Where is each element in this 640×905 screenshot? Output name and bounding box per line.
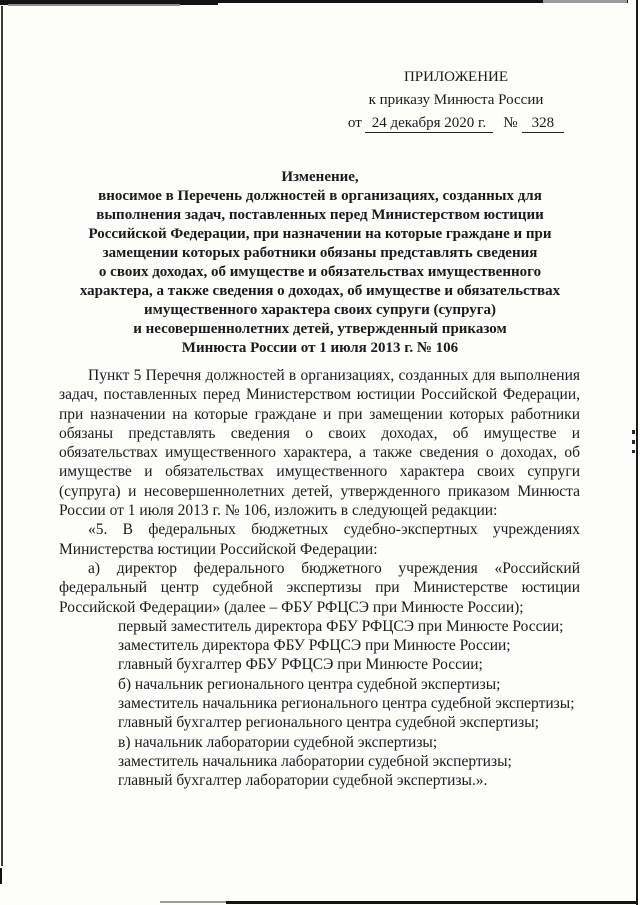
date-prefix: от bbox=[348, 115, 362, 131]
paragraph-item-a: а) директор федерального бюджетного учре… bbox=[59, 559, 580, 617]
position-line: б) начальник регионального центра судебн… bbox=[118, 675, 580, 694]
position-line: главный бухгалтер лаборатории судебной э… bbox=[118, 771, 580, 790]
scan-mark-right bbox=[632, 440, 635, 444]
document-title: Изменение, вносимое в Перечень должносте… bbox=[0, 168, 640, 358]
title-line: Минюста России от 1 июля 2013 г. № 106 bbox=[0, 339, 640, 358]
title-line: вносимое в Перечень должностей в организ… bbox=[0, 187, 640, 206]
scan-edge-top-gray bbox=[8, 4, 180, 6]
title-line: о своих доходах, об имуществе и обязател… bbox=[0, 263, 640, 282]
paragraph-item5: «5. В федеральных бюджетных судебно-эксп… bbox=[59, 520, 580, 559]
title-line: и несовершеннолетних детей, утвержденный… bbox=[0, 320, 640, 339]
position-line: в) начальник лаборатории судебной экспер… bbox=[118, 733, 580, 752]
scan-edge-top-fade bbox=[543, 0, 627, 3]
document-body: Пункт 5 Перечня должностей в организация… bbox=[59, 366, 580, 791]
paragraph-punkt5: Пункт 5 Перечня должностей в организация… bbox=[59, 366, 580, 520]
scan-edge-bottom-gray bbox=[160, 901, 226, 903]
order-date: 24 декабря 2020 г. bbox=[365, 115, 494, 133]
scan-mark-right bbox=[632, 450, 635, 453]
appendix-date-number-line: от24 декабря 2020 г.№328 bbox=[334, 112, 578, 135]
position-line: заместитель начальника лаборатории судеб… bbox=[118, 752, 580, 771]
scan-edge-left bbox=[1, 6, 3, 866]
title-line: характера, а также сведения о доходах, о… bbox=[0, 282, 640, 301]
title-line: выполнения задач, поставленных перед Мин… bbox=[0, 206, 640, 225]
scan-mark-right bbox=[632, 430, 635, 434]
order-number: 328 bbox=[522, 115, 565, 133]
document-page: ПРИЛОЖЕНИЕ к приказу Минюста России от24… bbox=[0, 0, 640, 905]
scan-edge-bottom bbox=[226, 901, 638, 904]
number-sign: № bbox=[503, 115, 517, 131]
title-line: имущественного характера своих супруги (… bbox=[0, 301, 640, 320]
position-line: главный бухгалтер ФБУ РФЦСЭ при Минюсте … bbox=[118, 655, 580, 674]
position-line: первый заместитель директора ФБУ РФЦСЭ п… bbox=[118, 617, 580, 636]
title-line: Изменение, bbox=[0, 168, 640, 187]
position-line: заместитель начальника регионального цен… bbox=[118, 694, 580, 713]
position-list: первый заместитель директора ФБУ РФЦСЭ п… bbox=[59, 617, 580, 791]
scan-mark-left-bottom bbox=[0, 868, 2, 884]
title-line: замещении которых работники обязаны пред… bbox=[0, 244, 640, 263]
position-line: главный бухгалтер регионального центра с… bbox=[118, 713, 580, 732]
scan-edge-right bbox=[636, 0, 638, 905]
appendix-label: ПРИЛОЖЕНИЕ bbox=[334, 66, 578, 89]
position-line: заместитель директора ФБУ РФЦСЭ при Миню… bbox=[118, 636, 580, 655]
appendix-header: ПРИЛОЖЕНИЕ к приказу Минюста России от24… bbox=[334, 66, 578, 135]
appendix-order-ref: к приказу Минюста России bbox=[334, 89, 578, 112]
title-line: Российской Федерации, при назначении на … bbox=[0, 225, 640, 244]
